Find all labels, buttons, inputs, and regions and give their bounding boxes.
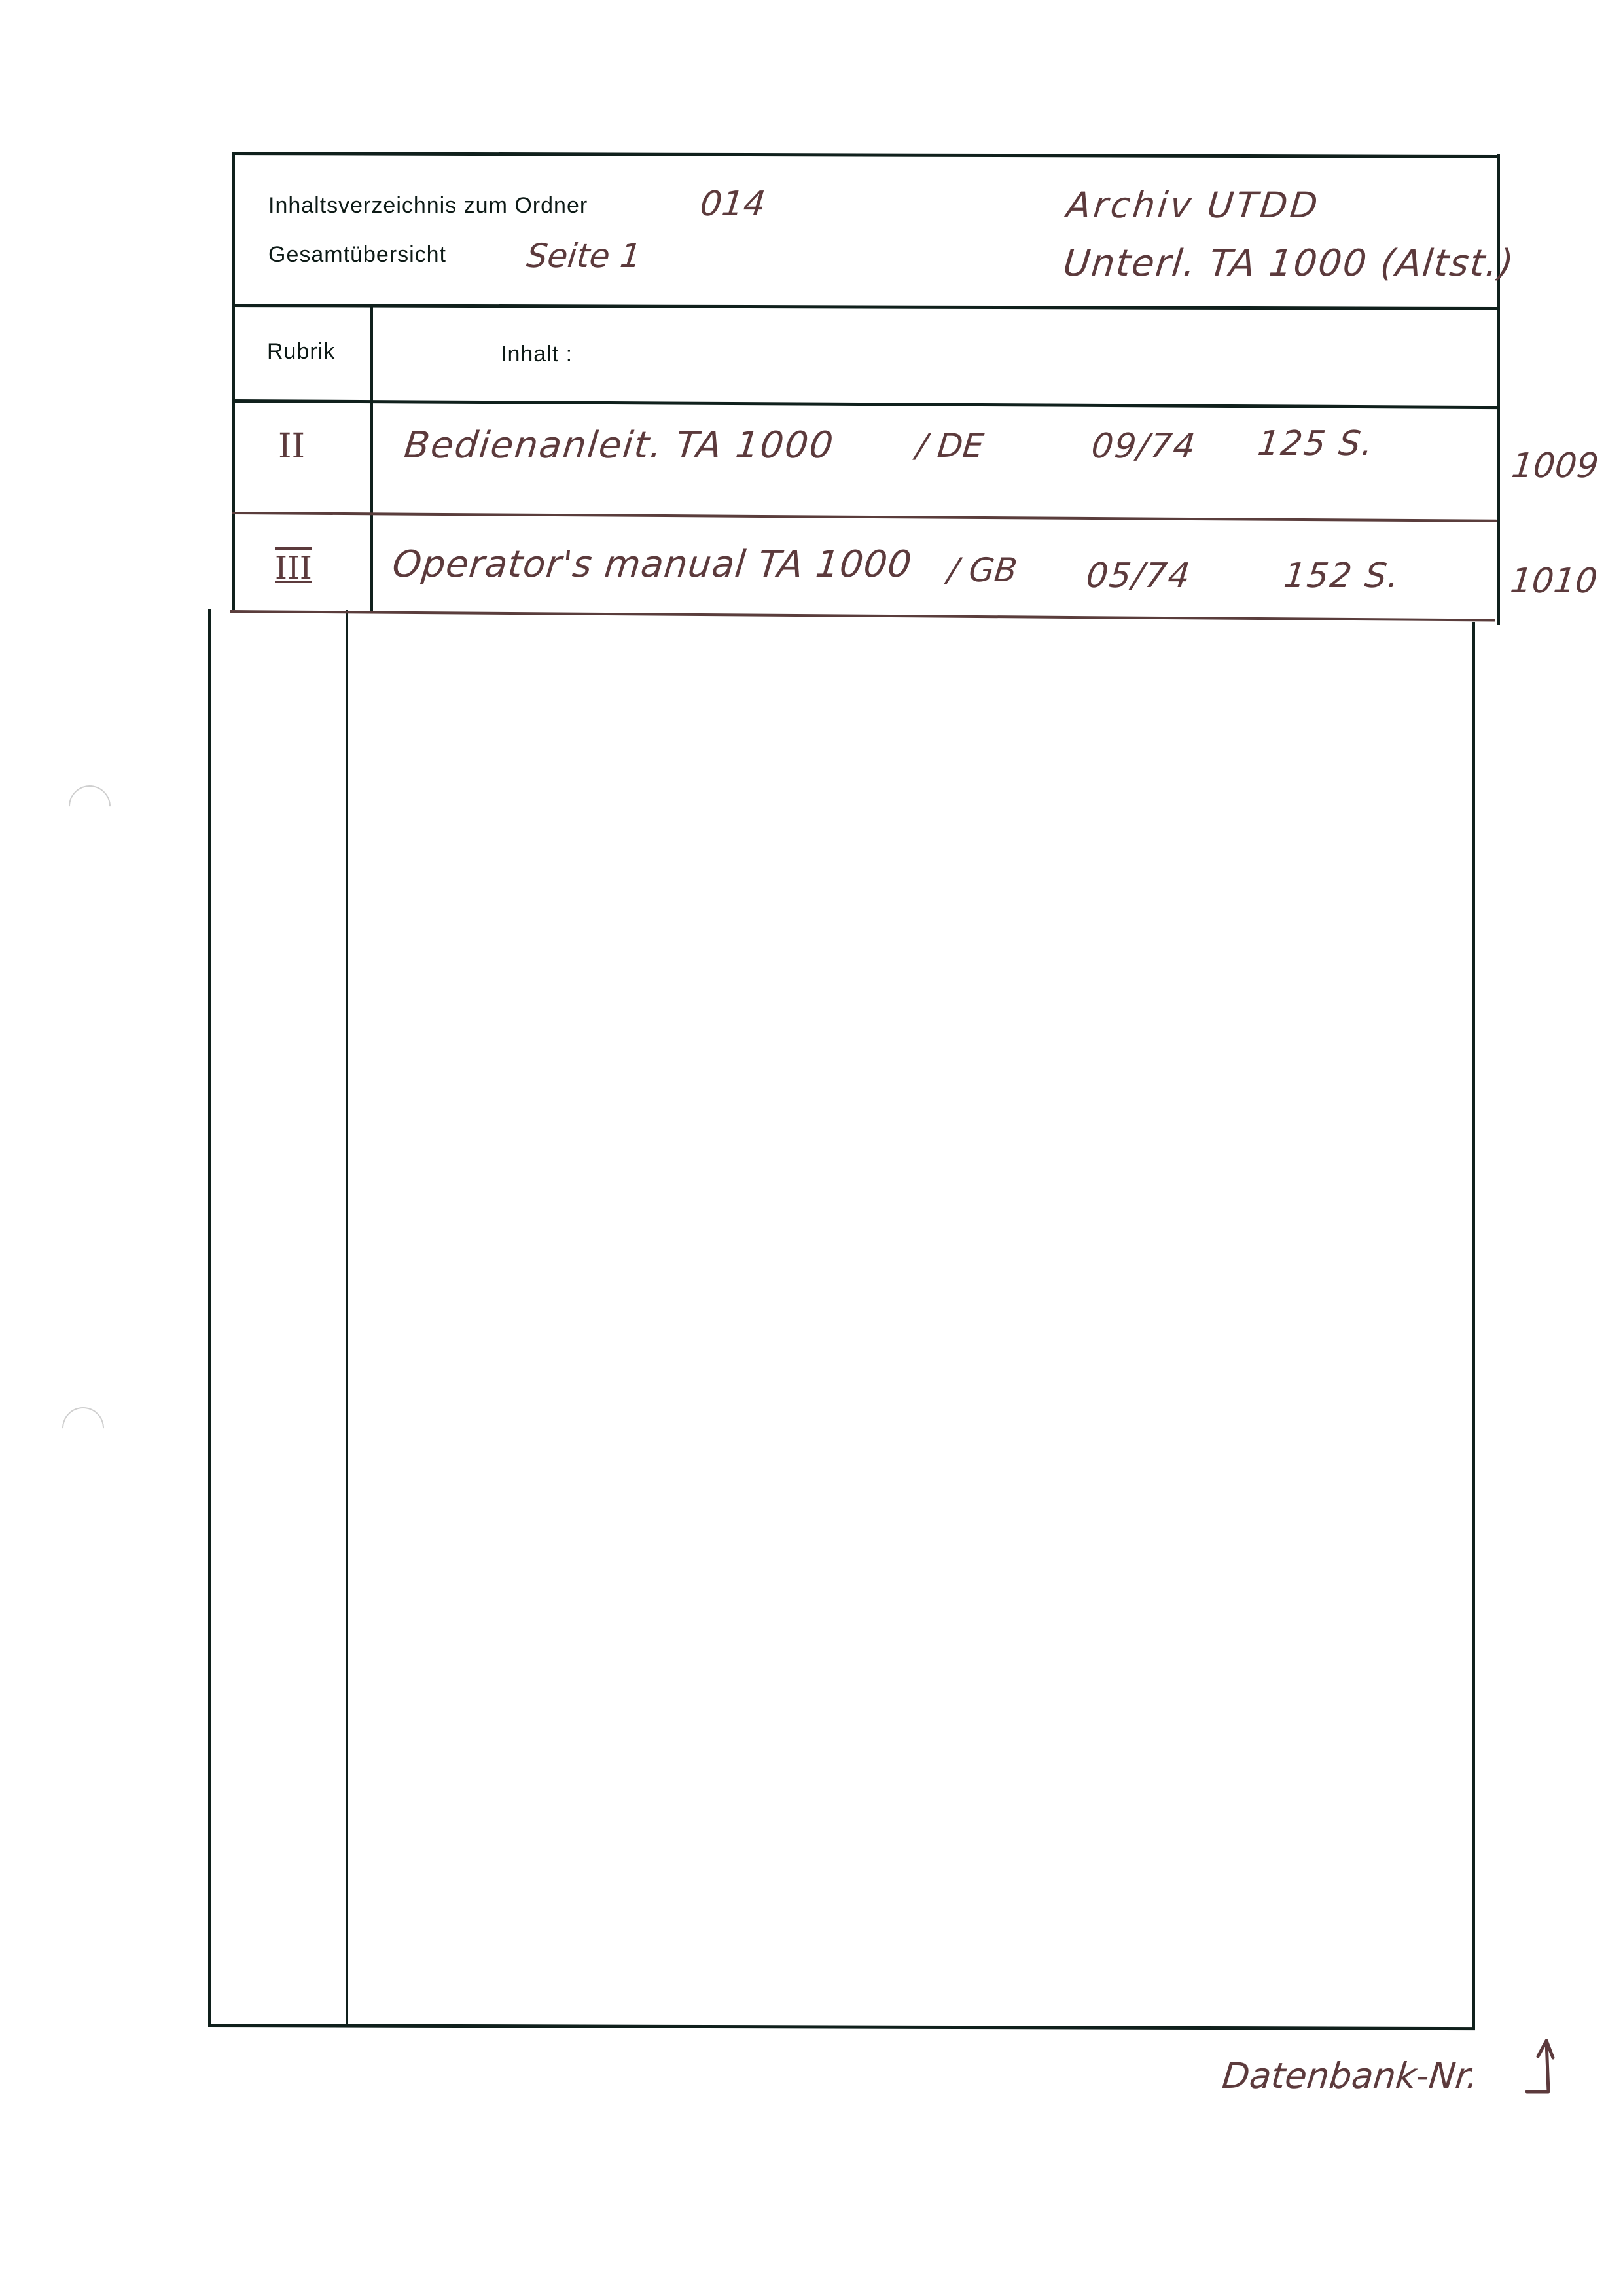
page-note: Seite 1 bbox=[525, 237, 643, 275]
column-header-inhalt: Inhalt : bbox=[501, 342, 573, 367]
database-number-label: Datenbank-Nr. bbox=[1221, 2055, 1480, 2096]
column-divider bbox=[370, 304, 373, 611]
frame-top-border bbox=[234, 152, 1500, 158]
row-rubrik: II bbox=[278, 427, 305, 466]
column-header-rubrik: Rubrik bbox=[267, 339, 335, 365]
frame-bottom-border bbox=[208, 2024, 1475, 2030]
archive-note: Archiv UTDD bbox=[1065, 185, 1322, 226]
row-rubrik: III bbox=[275, 550, 312, 586]
row-title: Operator's manual TA 1000 bbox=[391, 543, 914, 586]
arrow-up-icon bbox=[1524, 2034, 1563, 2100]
frame-left-border bbox=[232, 152, 235, 610]
row-language: / GB bbox=[946, 551, 1019, 589]
row-title: Bedienanleit. TA 1000 bbox=[402, 424, 836, 467]
frame-right-border bbox=[1497, 154, 1500, 625]
punch-hole-lower bbox=[54, 1399, 113, 1458]
subject-note: Unterl. TA 1000 (Altst.) bbox=[1061, 242, 1517, 285]
row-pages: 152 S. bbox=[1282, 556, 1402, 596]
overview-label: Gesamtübersicht bbox=[268, 242, 446, 268]
row-date: 05/74 bbox=[1084, 556, 1193, 596]
database-number: 1009 bbox=[1510, 446, 1601, 486]
folder-number: 014 bbox=[698, 185, 768, 224]
frame-right-border-lower bbox=[1472, 622, 1475, 2029]
row-language: / DE bbox=[914, 427, 986, 465]
column-divider-lower bbox=[346, 610, 348, 2025]
frame-left-border-lower bbox=[208, 609, 211, 2026]
row-pages: 125 S. bbox=[1256, 424, 1376, 463]
form-title-label: Inhaltsverzeichnis zum Ordner bbox=[268, 193, 588, 219]
header-divider bbox=[234, 304, 1500, 310]
column-header-divider bbox=[232, 399, 1499, 409]
row-divider bbox=[232, 512, 1497, 522]
row-date: 09/74 bbox=[1090, 427, 1198, 466]
database-number: 1010 bbox=[1508, 562, 1599, 601]
punch-hole-upper bbox=[60, 777, 120, 836]
row-divider bbox=[230, 610, 1495, 621]
